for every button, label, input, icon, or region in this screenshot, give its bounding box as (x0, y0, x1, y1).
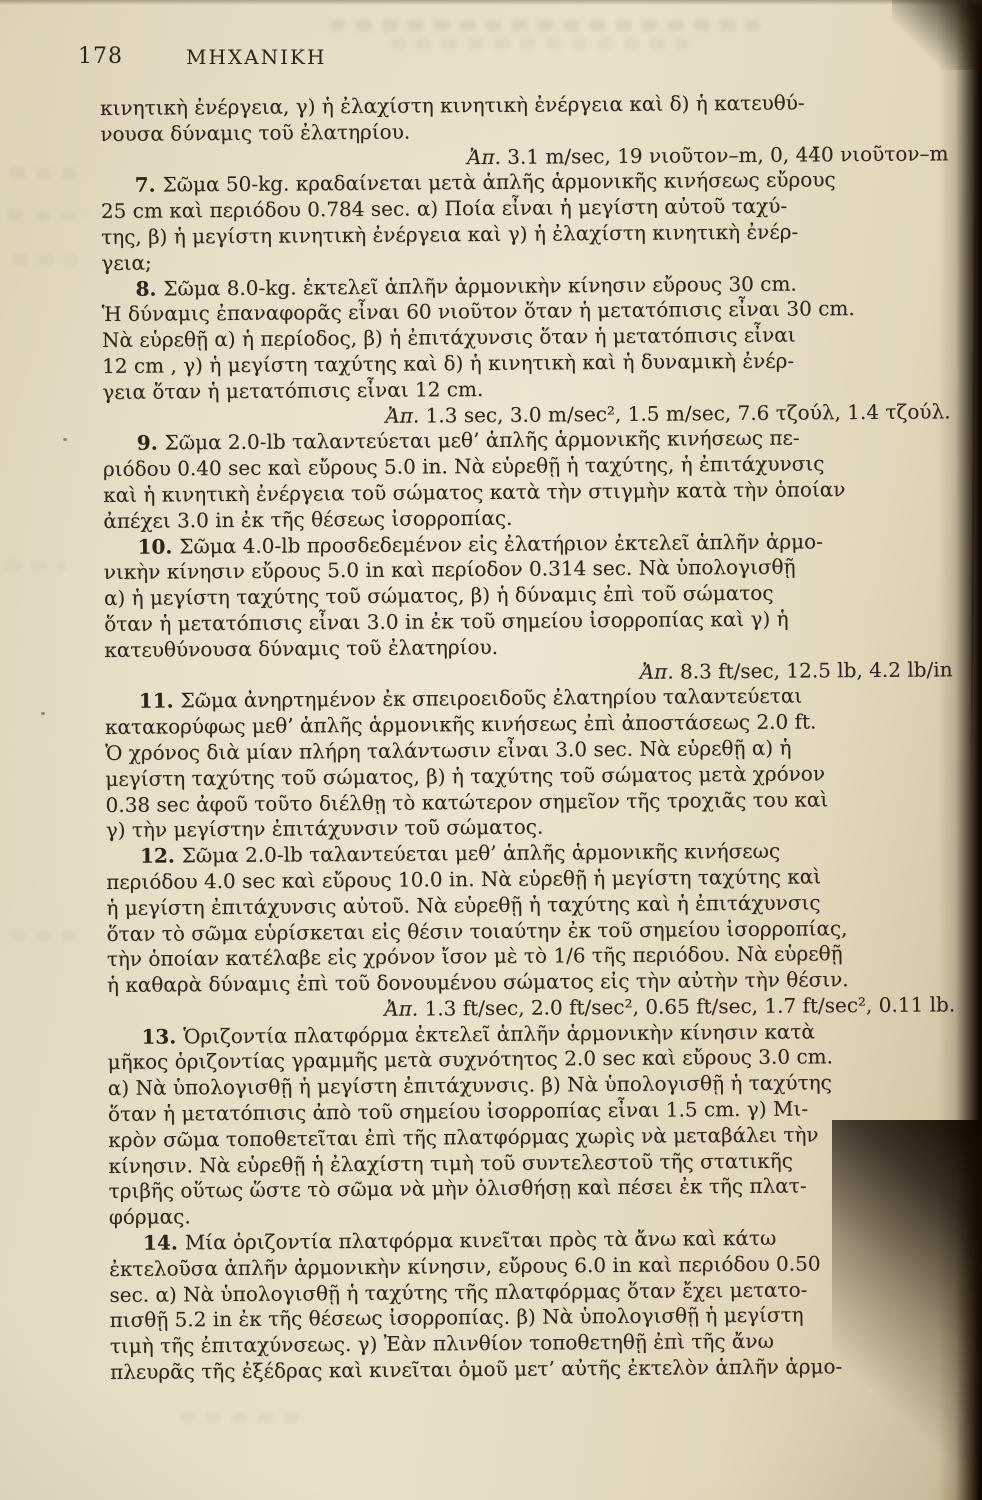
top-edge-shadow (0, 0, 982, 5)
bleedthrough-mark (330, 20, 760, 31)
problem-number: 12. (140, 843, 182, 867)
text-column: κινητικὴ ἐνέργεια, γ) ἡ ἐλαχίστη κινητικ… (100, 89, 958, 1385)
problem-number: 11. (139, 689, 181, 713)
text-line: πλευρᾶς τῆς ἐξέδρας καὶ κινεῖται ὁμοῦ με… (110, 1353, 958, 1385)
scanned-book-page: { "theme":{ "paper_color":"#e4dac2", "in… (0, 0, 982, 1500)
corner-shadow-top-right (892, 0, 982, 70)
page-header: 178 ΜΗΧΑΝΙΚΗ (0, 44, 982, 74)
answer-label: Ἀπ. (384, 996, 418, 1020)
problem-number: 13. (141, 1024, 183, 1048)
dust-speck (63, 438, 67, 441)
problem-number: 8. (135, 276, 163, 300)
answer-label: Ἀπ. (467, 144, 501, 168)
bleedthrough-mark (12, 254, 78, 265)
bleedthrough-mark (8, 210, 88, 221)
answer-label: Ἀπ. (640, 659, 674, 683)
bleedthrough-mark (10, 930, 80, 941)
bleedthrough-mark (6, 560, 66, 571)
problem-number: 14. (143, 1230, 185, 1254)
answer-label: Ἀπ. (385, 403, 419, 427)
problem-number: 7. (135, 173, 163, 197)
page-number: 178 (78, 44, 123, 69)
problem-number: 9. (137, 431, 165, 455)
dust-speck (41, 712, 45, 715)
problem-number: 10. (137, 534, 179, 558)
running-head: ΜΗΧΑΝΙΚΗ (186, 45, 326, 69)
bleedthrough-mark (180, 1412, 300, 1423)
corner-shadow-bottom-right (832, 1120, 982, 1500)
bleedthrough-mark (10, 168, 80, 179)
